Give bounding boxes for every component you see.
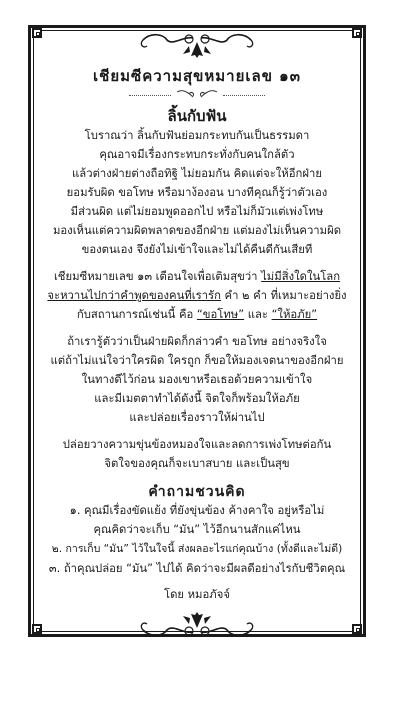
- keyword-forgive: “ให้อภัย”: [272, 308, 318, 321]
- advice-paragraph: ถ้าเรารู้ตัวว่าเป็นฝ่ายผิดก็กล่าวคำ ขอโท…: [36, 332, 358, 427]
- text-line: ของตนเอง จึงยังไม่เข้าใจและไม่ได้คืนดีกั…: [82, 243, 313, 256]
- underlined-text: ไม่มีสิ่งใดในโลก: [261, 270, 340, 283]
- text-line: มองเห็นแต่ความผิดพลาดของอีกฝ่าย แต่มองไม…: [53, 224, 341, 237]
- text-line: คุณอาจมีเรื่องกระทบกระทั่งกับคนใกล้ตัว: [99, 148, 294, 161]
- text-span: กับสถานการณ์เช่นนี้ คือ: [77, 308, 197, 321]
- corner-ornament-icon: [352, 28, 362, 38]
- question-item: ๒. การเก็บ “มัน” ไว้ในใจนี้ ส่งผลอะไรแก่…: [52, 543, 342, 555]
- small-flourish-icon: [175, 89, 219, 101]
- flourish-ornament-icon: [137, 30, 257, 60]
- text-line: โบราณว่า ลิ้นกับฟันย่อมกระทบกันเป็นธรรมด…: [85, 129, 310, 142]
- questions-heading: คำถามชวนคิด: [36, 483, 358, 501]
- question-item: ๑. คุณมีเรื่องขัดแย้ง ที่ยังขุ่นข้อง ค้า…: [70, 504, 325, 517]
- corner-ornament-icon: [32, 624, 42, 634]
- text-line: ยอมรับผิด ขอโทษ หรือมาง้องอน บางทีคุณก็ร…: [67, 186, 328, 199]
- text-line: แล้วต่างฝ่ายต่างถือทิฐิ ไม่ยอมกัน คิดแต่…: [72, 167, 322, 180]
- question-item: ๓. ถ้าคุณปล่อย “มัน” ไปได้ คิดว่าจะมีผลด…: [49, 562, 345, 575]
- text-span: คำ ๒ คำ ที่เหมาะอย่างยิ่ง: [221, 289, 347, 302]
- text-span: และ: [244, 308, 271, 321]
- text-span: เชียมซีหมายเลข ๑๓ เตือนใจเพื่อเติมสุขว่า: [54, 270, 261, 283]
- section-heading: ลิ้นกับฟัน: [36, 106, 358, 126]
- questions-list: ๑. คุณมีเรื่องขัดแย้ง ที่ยังขุ่นข้อง ค้า…: [36, 501, 358, 578]
- page-title: เชียมซีความสุขหมายเลข ๑๓: [36, 66, 358, 86]
- underlined-text: จะหวานไปกว่าคำพูดของคนที่เรารัก: [47, 289, 221, 302]
- closing-paragraph: ปล่อยวางความขุ่นข้องหมองใจและลดการเพ่งโท…: [36, 435, 358, 473]
- flourish-ornament-icon: [137, 610, 257, 640]
- text-line: ในทางดีไว้ก่อน มองเขาหรือเธอด้วยความเข้า…: [82, 373, 312, 386]
- text-line: แต่ถ้าไม่แน่ใจว่าใครผิด ใครถูก ก็ขอให้มอ…: [50, 354, 343, 367]
- text-line: ถ้าเรารู้ตัวว่าเป็นฝ่ายผิดก็กล่าวคำ ขอโท…: [67, 335, 327, 348]
- question-item: คุณคิดว่าจะเก็บ “มัน” ไว้อีกนานสักแค่ไหน: [93, 523, 300, 536]
- text-line: และปล่อยเรื่องราวให้ผ่านไป: [129, 411, 264, 424]
- text-line: ปล่อยวางความขุ่นข้องหมองใจและลดการเพ่งโท…: [63, 438, 331, 451]
- text-line: จิตใจของคุณก็จะเบาสบาย และเป็นสุข: [104, 457, 289, 470]
- keyword-sorry: “ขอโทษ”: [197, 308, 244, 321]
- intro-paragraph: โบราณว่า ลิ้นกับฟันย่อมกระทบกันเป็นธรรมด…: [36, 126, 358, 259]
- text-line: มีส่วนผิด แต่ไม่ยอมพูดออกไป หรือไม่ก็มัว…: [71, 205, 324, 218]
- author-byline: โดย หมอภัจจ์: [36, 586, 358, 604]
- corner-ornament-icon: [352, 624, 362, 634]
- message-paragraph: เชียมซีหมายเลข ๑๓ เตือนใจเพื่อเติมสุขว่า…: [36, 267, 358, 324]
- title-divider: [36, 88, 358, 102]
- corner-ornament-icon: [32, 28, 42, 38]
- document-body: เชียมซีความสุขหมายเลข ๑๓ ลิ้นกับฟัน โบรา…: [36, 66, 358, 604]
- text-line: และมีเมตตาทำได้ดังนี้ จิตใจก็พร้อมให้อภั…: [94, 392, 300, 405]
